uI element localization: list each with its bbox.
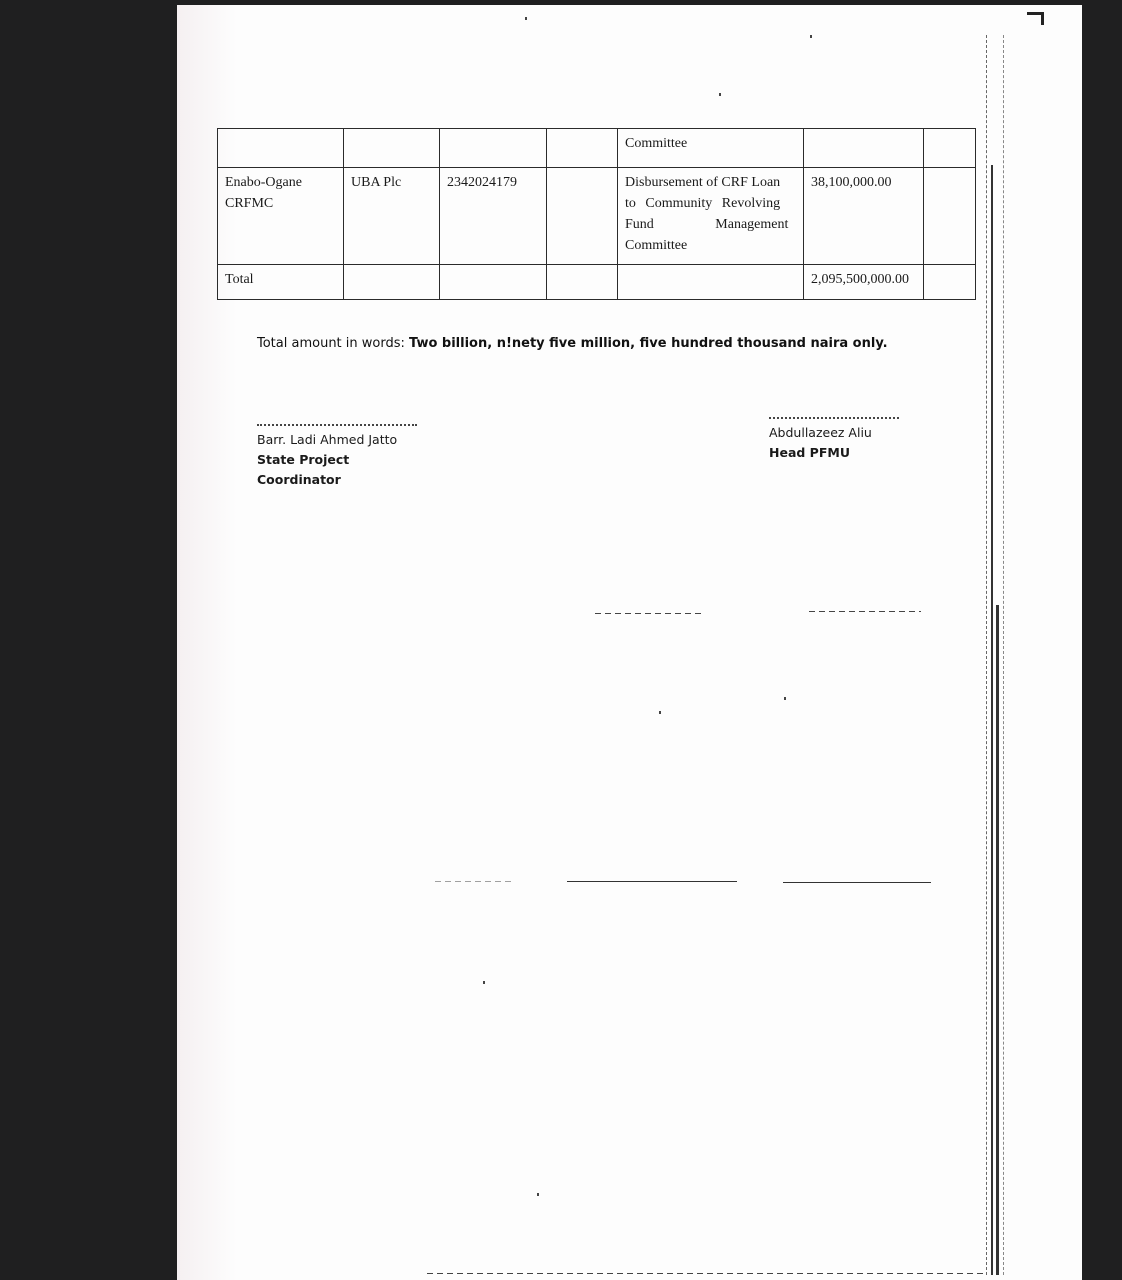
bleed-through-line [783,882,931,883]
signatory-title: State Project Coordinator [257,450,417,490]
table-row-total: Total 2,095,500,000.00 [218,265,976,300]
disbursement-table: Committee Enabo-Ogane CRFMC UBA Plc 2342… [217,128,976,300]
bleed-through-line [595,613,705,614]
cell-blank [547,168,618,265]
scan-edge-line [1003,35,1004,1275]
signatory-title: Head PFMU [769,443,899,463]
cell-extra [924,168,976,265]
description-line: Committee [625,235,797,256]
description-line: Fund Management [625,214,797,235]
cell-blank [547,129,618,168]
cell-description: Committee [618,129,804,168]
scan-edge-line [986,35,987,1275]
cell-extra [924,129,976,168]
signatory-name: Abdullazeez Aliu [769,423,899,443]
bleed-through-line [427,1273,987,1274]
cell-total-amount: 2,095,500,000.00 [804,265,924,300]
scanned-page: Committee Enabo-Ogane CRFMC UBA Plc 2342… [177,5,1082,1280]
cell-description [618,265,804,300]
description-line: Fund Management [625,214,788,235]
signature-block-pfmu: Abdullazeez Aliu Head PFMU [769,413,899,463]
bleed-through-line [567,881,737,882]
cell-bank: UBA Plc [344,168,440,265]
amount-in-words: Total amount in words: Two billion, n!ne… [257,336,888,351]
scan-speck [483,981,485,984]
amount-in-words-label: Total amount in words: [257,336,405,351]
cell-account [440,265,547,300]
scan-edge-line [996,605,999,1275]
table-row: Committee [218,129,976,168]
signature-block-coordinator: Barr. Ladi Ahmed Jatto State Project Coo… [257,420,417,490]
cell-bank [344,265,440,300]
description-line: to Community Revolving [625,193,780,214]
scan-edge-line [991,165,993,1275]
scan-speck [537,1193,539,1196]
scan-speck [810,35,812,38]
cell-description: Disbursement of CRF Loan to Community Re… [618,168,804,265]
cell-bank [344,129,440,168]
bleed-through-line [809,611,921,612]
table-row: Enabo-Ogane CRFMC UBA Plc 2342024179 Dis… [218,168,976,265]
signatory-name: Barr. Ladi Ahmed Jatto [257,430,417,450]
cell-amount [804,129,924,168]
description-line: to Community Revolving [625,193,797,214]
corner-mark [1027,12,1044,25]
cell-account: 2342024179 [440,168,547,265]
scan-speck [784,697,786,700]
cell-name: Enabo-Ogane CRFMC [218,168,344,265]
scan-speck [659,711,661,714]
signature-line [257,420,417,426]
description-line: Disbursement of CRF Loan [625,172,797,193]
cell-account [440,129,547,168]
scan-speck [719,93,721,96]
signature-line [769,413,899,419]
amount-in-words-value: Two billion, n!nety five million, five h… [409,336,888,351]
cell-name [218,129,344,168]
cell-extra [924,265,976,300]
cell-blank [547,265,618,300]
bleed-through-line [435,881,515,882]
cell-amount: 38,100,000.00 [804,168,924,265]
scan-speck [525,17,527,20]
cell-total-label: Total [218,265,344,300]
